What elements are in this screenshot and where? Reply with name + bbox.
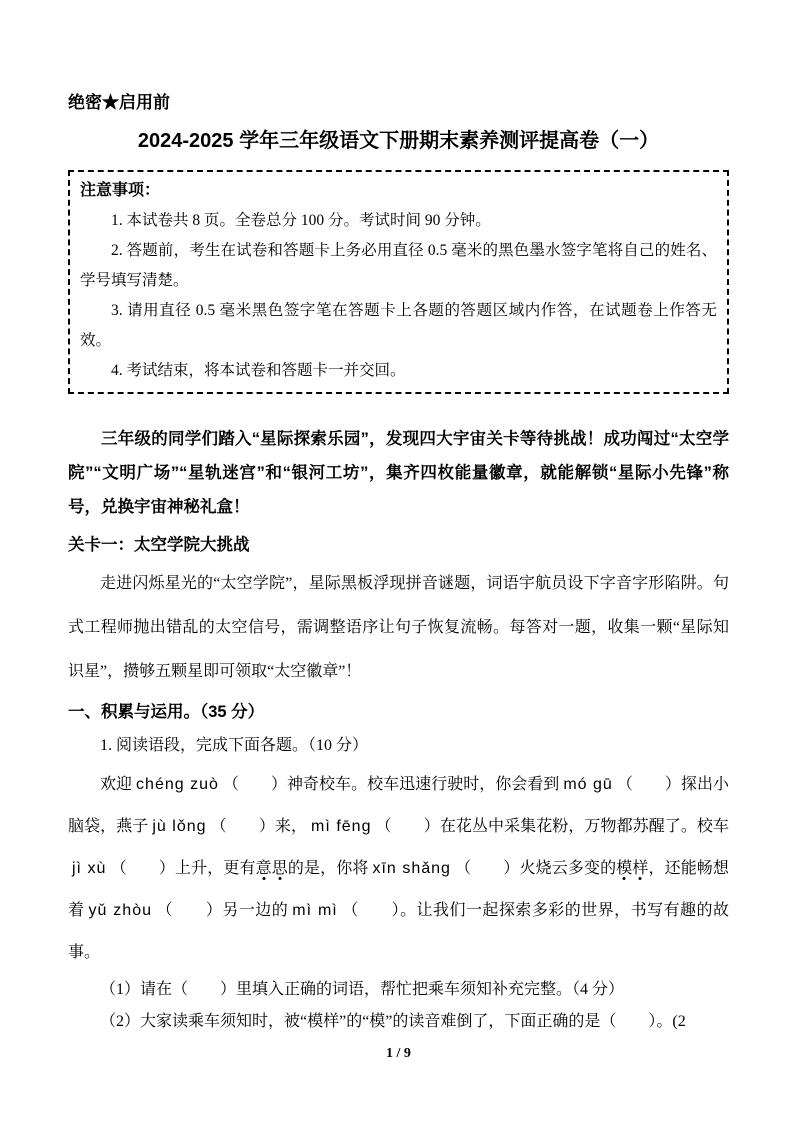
passage-text: 来， [275,818,307,835]
emphasized-text: 模样 [616,860,648,877]
classification-label: 绝密★启用前 [68,92,729,114]
level1-description: 走进闪烁星光的“太空学院”，星际黑板浮现拼音谜题，词语宇航员设下字音字形陷阱。句… [68,562,729,694]
notice-heading: 注意事项： [80,176,717,206]
answer-blank: （ ） [211,818,275,835]
emphasized-char: 思 [272,860,288,877]
question1-passage: 欢迎chéng zuò（ ）神奇校车。校车迅速行驶时，你会看到mó gū（ ）探… [68,764,729,974]
pinyin-text: chéng zuò [136,776,219,793]
pinyin-text: jì xù [72,860,106,877]
emphasized-char: 意 [256,860,272,877]
emphasized-char: 模 [616,860,632,877]
answer-blank: （ ） [223,776,287,793]
notice-box: 注意事项： 1. 本试卷共 8 页。全卷总分 100 分。考试时间 90 分钟。… [68,170,729,394]
intro-paragraph: 三年级的同学们踏入“星际探索乐园”，发现四大宇宙关卡等待挑战！成功闯过“太空学院… [68,422,729,524]
passage-text: 在花丛中采集花粉，万物都苏醒了。校车 [440,818,729,835]
passage-text: 上升，更有 [175,860,256,877]
passage-text: 神奇校车。校车迅速行驶时，你会看到 [287,776,559,793]
question1-sub1: （1）请在（ ）里填入正确的词语，帮忙把乘车须知补充完整。（4 分） [68,974,729,1006]
pinyin-text: jù lǒng [152,818,206,835]
page-title: 2024-2025 学年三年级语文下册期末素养测评提高卷（一） [68,127,729,155]
question1-stem: 1. 阅读语段，完成下面各题。（10 分） [68,730,729,762]
notice-item-2: 2. 答题前，考生在试卷和答题卡上务必用直径 0.5 毫米的黑色墨水签字笔将自己… [80,236,717,296]
notice-item-1: 1. 本试卷共 8 页。全卷总分 100 分。考试时间 90 分钟。 [80,206,717,236]
emphasized-char: 样 [632,860,648,877]
notice-item-3: 3. 请用直径 0.5 毫米黑色签字笔在答题卡上各题的答题区域内作答，在试题卷上… [80,296,717,356]
passage-text: 另一边的 [222,902,288,919]
answer-blank: （ ） [342,902,400,919]
notice-item-4: 4. 考试结束，将本试卷和答题卡一并交回。 [80,356,717,386]
pinyin-text: mì mì [292,902,337,919]
answer-blank: （ ） [375,818,439,835]
passage-text: 火烧云多变的 [520,860,617,877]
level1-heading: 关卡一：太空学院大挑战 [68,530,729,560]
passage-text: 的是，你将 [288,860,369,877]
answer-blank: （ ） [110,860,175,877]
page-number: 1 / 9 [68,1046,729,1062]
exam-page: 绝密★启用前 2024-2025 学年三年级语文下册期末素养测评提高卷（一） 注… [0,0,793,1122]
answer-blank: （ ） [455,860,520,877]
pinyin-text: mì fēng [311,818,371,835]
section1-heading: 一、积累与运用。（35 分） [68,696,729,728]
pinyin-text: yǔ zhòu [88,902,152,919]
question1-sub2: （2）大家读乘车须知时，被“模样”的“模”的读音难倒了，下面正确的是（ ）。(2 [68,1006,729,1038]
answer-blank: （ ） [156,902,222,919]
pinyin-text: mó gū [563,776,613,793]
passage-text: 欢迎 [100,776,132,793]
emphasized-text: 意思 [256,860,288,877]
answer-blank: （ ） [617,776,681,793]
pinyin-text: xīn shǎng [372,860,451,877]
